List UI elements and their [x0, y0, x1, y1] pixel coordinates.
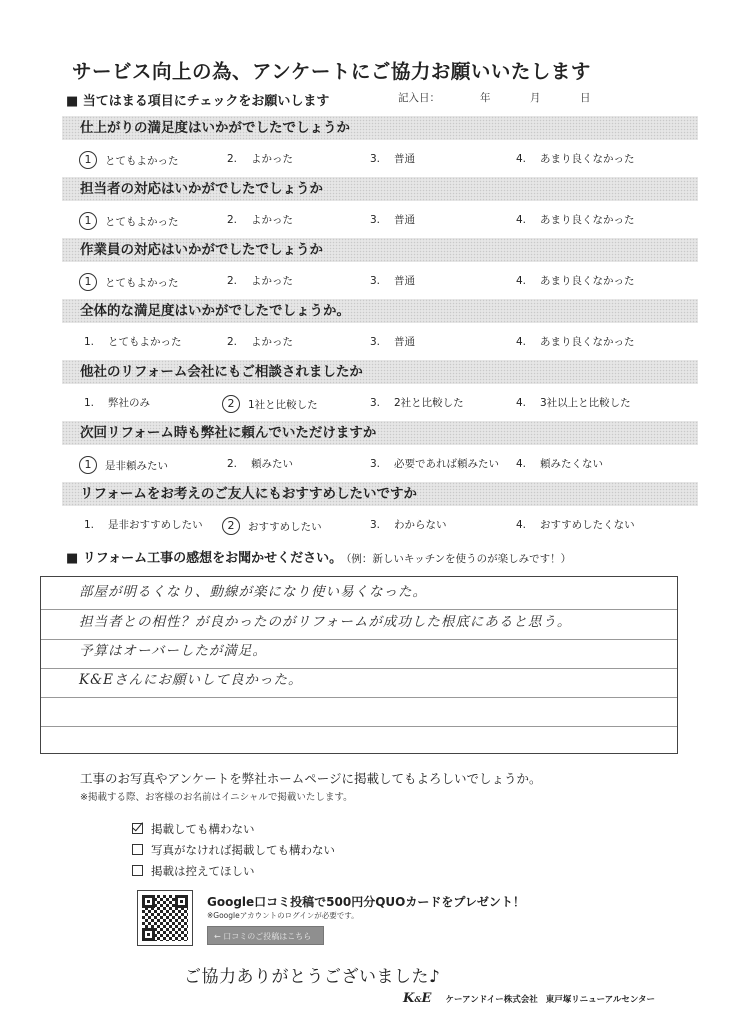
option-label: あまり良くなかった — [540, 151, 635, 166]
thanks-message: ご協力ありがとうございました♪ — [184, 962, 440, 987]
answer-option[interactable]: 1とてもよかった — [82, 151, 179, 169]
question-heading: リフォームをお考えのご友人にもおすすめしたいですか — [62, 482, 698, 506]
option-number: 2. — [225, 275, 251, 287]
answer-option[interactable]: 4.頼みたくない — [514, 456, 603, 471]
option-label: おすすめしたい — [248, 519, 322, 534]
option-number: 4. — [514, 214, 540, 226]
publish-options: 掲載しても構わない 写真がなければ掲載しても構わない 掲載は控えてほしい — [132, 818, 335, 881]
option-label: 普通 — [394, 151, 415, 166]
comment-heading-text: ■ リフォーム工事の感想をお聞かせください。 — [66, 551, 342, 566]
answer-option[interactable]: 4.あまり良くなかった — [514, 212, 635, 227]
option-number: 4. — [514, 336, 540, 348]
answer-option[interactable]: 3.2社と比較した — [368, 395, 464, 410]
option-number: 3. — [368, 275, 394, 287]
answer-option[interactable]: 4.あまり良くなかった — [514, 151, 635, 166]
comment-box[interactable]: 部屋が明るくなり、動線が楽になり使い易くなった。 担当者との相性？が良かったのが… — [40, 576, 678, 754]
question-heading: 担当者の対応はいかがでしたでしょうか — [62, 177, 698, 201]
company-name: ケーアンドイー株式会社 — [445, 993, 537, 1005]
option-number: 4. — [514, 458, 540, 470]
question-block: 仕上がりの満足度はいかがでしたでしょうか1とてもよかった2.よかった3.普通4.… — [62, 116, 698, 176]
question-options: 1.是非おすすめしたい2おすすめしたい3.わからない4.おすすめしたくない — [62, 506, 698, 542]
footer: K&E ケーアンドイー株式会社 東戸塚リニューアルセンター — [403, 991, 655, 1006]
question-block: 次回リフォーム時も弊社に頼んでいただけますか1是非頼みたい2.頼みたい3.必要で… — [62, 421, 698, 481]
question-heading: 他社のリフォーム会社にもご相談されましたか — [62, 360, 698, 384]
question-options: 1.弊社のみ21社と比較した3.2社と比較した4.3社以上と比較した — [62, 384, 698, 420]
instruction: ■ 当てはまる項目にチェックをお願いします — [66, 90, 329, 109]
answer-option[interactable]: 3.普通 — [368, 334, 415, 349]
comment-line — [41, 694, 677, 727]
publish-option-label: 写真がなければ掲載しても構わない — [151, 842, 335, 858]
answer-option[interactable]: 2.よかった — [225, 273, 293, 288]
question-options: 1とてもよかった2.よかった3.普通4.あまり良くなかった — [62, 262, 698, 298]
option-number: 1. — [82, 397, 108, 409]
publish-option-decline[interactable]: 掲載は控えてほしい — [132, 860, 335, 881]
option-number: 3. — [368, 214, 394, 226]
answer-option[interactable]: 4.あまり良くなかった — [514, 334, 635, 349]
option-label: 頼みたくない — [540, 456, 603, 471]
qr-code-icon[interactable] — [137, 890, 193, 946]
option-number: 3. — [368, 153, 394, 165]
publish-question: 工事のお写真やアンケートを弊社ホームページに掲載してもよろしいでしょうか。 — [80, 769, 542, 787]
promo-note: ※Googleアカウントのログインが必要です。 — [207, 910, 359, 921]
publish-note: ※掲載する際、お客様のお名前はイニシャルで掲載いたします。 — [80, 789, 353, 803]
answer-option[interactable]: 3.わからない — [368, 517, 447, 532]
option-label: 是非おすすめしたい — [108, 517, 203, 532]
comment-example: （例：新しいキッチンを使うのが楽しみです！） — [346, 553, 571, 565]
comment-heading: ■ リフォーム工事の感想をお聞かせください。（例：新しいキッチンを使うのが楽しみ… — [66, 547, 571, 566]
review-link-button[interactable]: ← 口コミのご投稿はこちら — [207, 926, 324, 945]
option-number: 4. — [514, 397, 540, 409]
answer-option[interactable]: 1.とてもよかった — [82, 334, 182, 349]
question-block: 全体的な満足度はいかがでしたでしょうか。1.とてもよかった2.よかった3.普通4… — [62, 299, 698, 359]
circled-number-icon: 1 — [79, 456, 97, 474]
question-heading: 作業員の対応はいかがでしたでしょうか — [62, 238, 698, 262]
answer-option[interactable]: 1.弊社のみ — [82, 395, 150, 410]
option-number: 2. — [225, 336, 251, 348]
option-label: 普通 — [394, 273, 415, 288]
comment-line: 部屋が明るくなり、動線が楽になり使い易くなった。 — [41, 577, 677, 610]
option-label: よかった — [251, 273, 293, 288]
answer-option[interactable]: 2.よかった — [225, 334, 293, 349]
date-month-field[interactable]: 月 — [530, 90, 580, 105]
answer-option[interactable]: 3.普通 — [368, 212, 415, 227]
option-number: 1. — [82, 336, 108, 348]
option-number: 2. — [225, 153, 251, 165]
circled-number-icon: 1 — [79, 151, 97, 169]
option-label: よかった — [251, 334, 293, 349]
question-heading: 全体的な満足度はいかがでしたでしょうか。 — [62, 299, 698, 323]
question-heading: 仕上がりの満足度はいかがでしたでしょうか — [62, 116, 698, 140]
answer-option[interactable]: 4.おすすめしたくない — [514, 517, 635, 532]
option-number: 3. — [368, 458, 394, 470]
answer-option[interactable]: 4.あまり良くなかった — [514, 273, 635, 288]
question-options: 1とてもよかった2.よかった3.普通4.あまり良くなかった — [62, 201, 698, 237]
option-label: とてもよかった — [105, 214, 179, 229]
survey-title: サービス向上の為、アンケートにご協力お願いいたします — [72, 56, 591, 84]
option-label: 3社以上と比較した — [540, 395, 631, 410]
answer-option[interactable]: 1とてもよかった — [82, 212, 179, 230]
answer-option[interactable]: 2.頼みたい — [225, 456, 293, 471]
option-label: あまり良くなかった — [540, 334, 635, 349]
option-number: 4. — [514, 519, 540, 531]
answer-option[interactable]: 21社と比較した — [225, 395, 318, 413]
option-label: 弊社のみ — [108, 395, 150, 410]
question-heading: 次回リフォーム時も弊社に頼んでいただけますか — [62, 421, 698, 445]
option-label: 必要であれば頼みたい — [394, 456, 499, 471]
answer-option[interactable]: 3.必要であれば頼みたい — [368, 456, 499, 471]
answer-option[interactable]: 2.よかった — [225, 151, 293, 166]
option-number: 4. — [514, 275, 540, 287]
checkbox-checked-icon[interactable] — [132, 823, 143, 834]
question-block: 担当者の対応はいかがでしたでしょうか1とてもよかった2.よかった3.普通4.あま… — [62, 177, 698, 237]
answer-option[interactable]: 3.普通 — [368, 273, 415, 288]
answer-option[interactable]: 1是非頼みたい — [82, 456, 168, 474]
circled-number-icon: 2 — [222, 517, 240, 535]
answer-option[interactable]: 2.よかった — [225, 212, 293, 227]
publish-option-label: 掲載は控えてほしい — [151, 863, 255, 879]
question-block: リフォームをお考えのご友人にもおすすめしたいですか1.是非おすすめしたい2おすす… — [62, 482, 698, 542]
option-label: あまり良くなかった — [540, 212, 635, 227]
option-label: よかった — [251, 212, 293, 227]
company-logo: K&E — [403, 991, 431, 1006]
option-label: 普通 — [394, 334, 415, 349]
option-label: 頼みたい — [251, 456, 293, 471]
option-number: 3. — [368, 336, 394, 348]
question-options: 1.とてもよかった2.よかった3.普通4.あまり良くなかった — [62, 323, 698, 359]
option-label: 2社と比較した — [394, 395, 464, 410]
entry-date: 記入日： 年 月 日 — [398, 90, 591, 105]
option-number: 1. — [82, 519, 108, 531]
option-label: 是非頼みたい — [105, 458, 168, 473]
option-label: とてもよかった — [105, 153, 179, 168]
answer-option[interactable]: 1.是非おすすめしたい — [82, 517, 203, 532]
option-label: おすすめしたくない — [540, 517, 635, 532]
checkbox-icon[interactable] — [132, 865, 143, 876]
branch-name: 東戸塚リニューアルセンター — [546, 993, 655, 1005]
option-number: 3. — [368, 519, 394, 531]
publish-option-label: 掲載しても構わない — [151, 821, 255, 837]
answer-option[interactable]: 4.3社以上と比較した — [514, 395, 631, 410]
option-label: わからない — [394, 517, 447, 532]
promo-title: Google口コミ投稿で500円分QUOカードをプレゼント！ — [207, 893, 525, 910]
option-label: とてもよかった — [105, 275, 179, 290]
option-number: 2. — [225, 458, 251, 470]
answer-option[interactable]: 3.普通 — [368, 151, 415, 166]
question-options: 1是非頼みたい2.頼みたい3.必要であれば頼みたい4.頼みたくない — [62, 445, 698, 481]
date-label: 記入日： — [398, 90, 480, 105]
answer-option[interactable]: 1とてもよかった — [82, 273, 179, 291]
circled-number-icon: 1 — [79, 212, 97, 230]
option-number: 4. — [514, 153, 540, 165]
circled-number-icon: 2 — [222, 395, 240, 413]
checkbox-icon[interactable] — [132, 844, 143, 855]
option-label: 1社と比較した — [248, 397, 318, 412]
option-number: 2. — [225, 214, 251, 226]
question-block: 他社のリフォーム会社にもご相談されましたか1.弊社のみ21社と比較した3.2社と… — [62, 360, 698, 420]
option-label: 普通 — [394, 212, 415, 227]
publish-option-allow[interactable]: 掲載しても構わない — [132, 818, 335, 839]
option-label: あまり良くなかった — [540, 273, 635, 288]
option-number: 3. — [368, 397, 394, 409]
circled-number-icon: 1 — [79, 273, 97, 291]
question-block: 作業員の対応はいかがでしたでしょうか1とてもよかった2.よかった3.普通4.あま… — [62, 238, 698, 298]
date-year-field[interactable]: 年 — [480, 90, 530, 105]
question-options: 1とてもよかった2.よかった3.普通4.あまり良くなかった — [62, 140, 698, 176]
option-label: よかった — [251, 151, 293, 166]
date-day-field[interactable]: 日 — [580, 90, 591, 105]
answer-option[interactable]: 2おすすめしたい — [225, 517, 322, 535]
publish-option-no-photo[interactable]: 写真がなければ掲載しても構わない — [132, 839, 335, 860]
option-label: とてもよかった — [108, 334, 182, 349]
